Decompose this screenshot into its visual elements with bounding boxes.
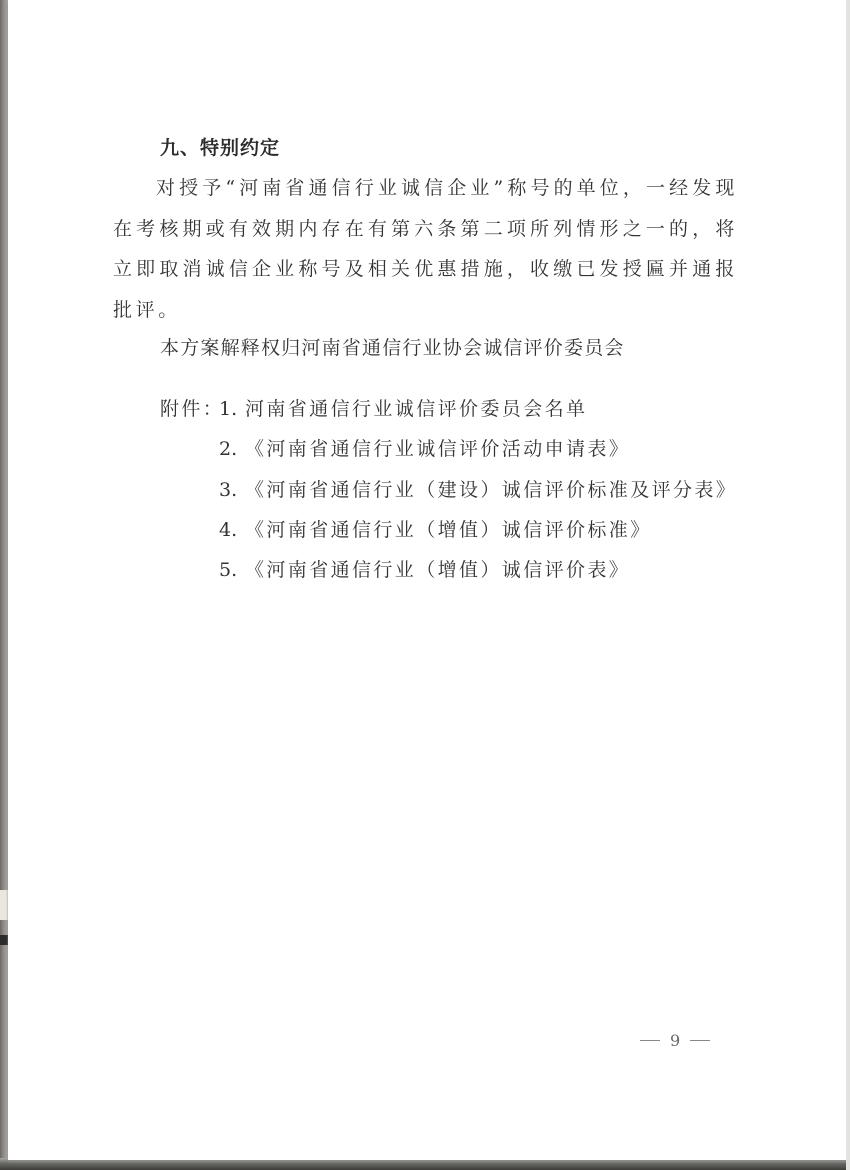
attachment-item: 2.《河南省通信行业诚信评价活动申请表》: [160, 429, 737, 469]
document-page: 九、特别约定 对授予“河南省通信行业诚信企业”称号的单位，一经发现在考核期或有效…: [8, 0, 846, 1160]
attachment-number: 1.: [219, 389, 245, 429]
page-number-footer: 9: [640, 1031, 710, 1050]
attachments-label: 附件：: [160, 389, 219, 429]
attachment-title: 《河南省通信行业（建设）诚信评价标准及评分表》: [245, 479, 737, 501]
attachment-item: 附件：1.河南省通信行业诚信评价委员会名单: [160, 389, 737, 429]
scan-right-edge: [846, 0, 850, 1170]
interpretation-statement: 本方案解释权归河南省通信行业协会诚信评价委员会: [160, 333, 625, 360]
attachment-title: 《河南省通信行业（增值）诚信评价表》: [245, 559, 630, 581]
attachment-number: 4.: [219, 510, 245, 550]
attachment-number: 3.: [219, 470, 245, 510]
attachment-number: 5.: [219, 550, 245, 590]
attachment-number: 2.: [219, 429, 245, 469]
dash-left-decoration: [640, 1040, 660, 1041]
attachment-title: 河南省通信行业诚信评价委员会名单: [245, 398, 587, 420]
special-provision-paragraph: 对授予“河南省通信行业诚信企业”称号的单位，一经发现在考核期或有效期内存在有第六…: [113, 168, 738, 330]
attachment-item: 3.《河南省通信行业（建设）诚信评价标准及评分表》: [160, 470, 737, 510]
attachments-list: 附件：1.河南省通信行业诚信评价委员会名单 2.《河南省通信行业诚信评价活动申请…: [160, 389, 737, 590]
dash-right-decoration: [690, 1040, 710, 1041]
section-heading: 九、特别约定: [160, 133, 280, 160]
attachment-item: 4.《河南省通信行业（增值）诚信评价标准》: [160, 510, 737, 550]
attachment-title: 《河南省通信行业诚信评价活动申请表》: [245, 438, 630, 460]
page-number: 9: [670, 1031, 680, 1050]
attachment-title: 《河南省通信行业（增值）诚信评价标准》: [245, 519, 652, 541]
attachment-item: 5.《河南省通信行业（增值）诚信评价表》: [160, 550, 737, 590]
